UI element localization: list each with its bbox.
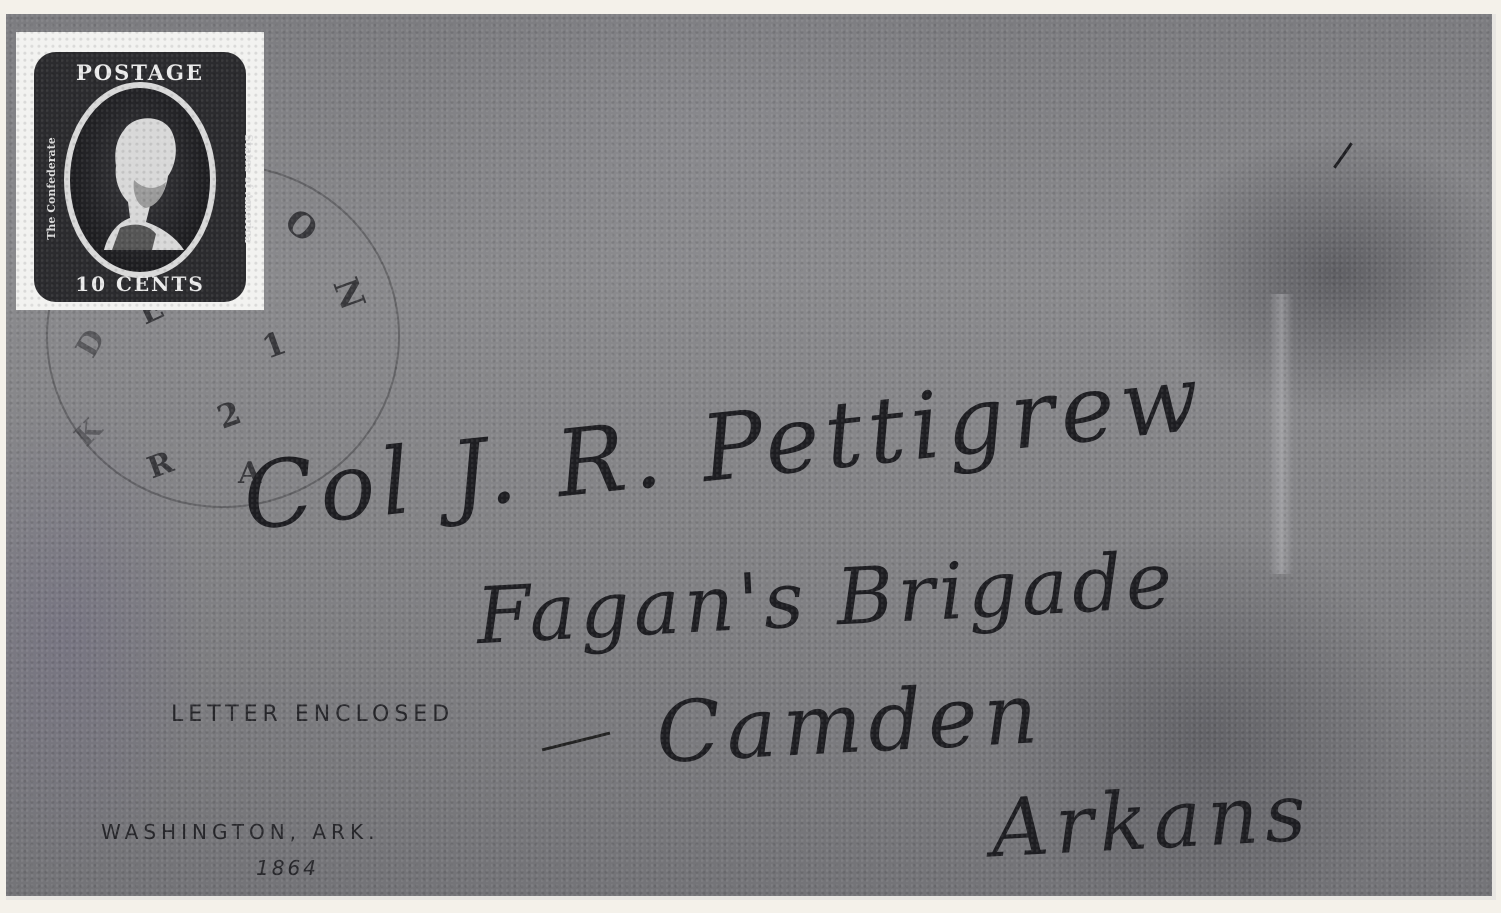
stamp-label-right: States of America [242,134,255,243]
address-line-brigade: Fagan's Brigade [474,536,1178,663]
address-line-state: Arkans [989,766,1314,876]
envelope-cover: O N D E C 1 2 A R K POSTAGE The Confeder… [6,14,1496,900]
postage-stamp: POSTAGE The Confederate States of Americ… [16,32,264,310]
postmark-letter: O [277,201,325,251]
fold-line [1268,294,1294,574]
stamp-label-left: The Confederate [45,137,58,240]
annotation-underline [542,732,611,752]
postmark-day-digit: 1 [257,323,291,366]
annotation-year: 1864 [256,856,319,880]
stamp-label-denomination: 10 CENTS [16,272,264,296]
postmark-letter: K [68,412,109,453]
stamp-label-postage: POSTAGE [16,60,264,85]
annotation-origin: WASHINGTON, ARK. [101,820,379,844]
postmark-letter: N [324,273,372,316]
postmark-day-digit: 2 [212,393,246,436]
ink-mark [1333,142,1353,168]
portrait-icon [94,110,190,250]
annotation-letter-enclosed: LETTER ENCLOSED [171,702,454,727]
address-line-city: Camden [654,664,1046,782]
postmark-letter: R [143,445,178,486]
postmark-letter: D [69,323,112,363]
